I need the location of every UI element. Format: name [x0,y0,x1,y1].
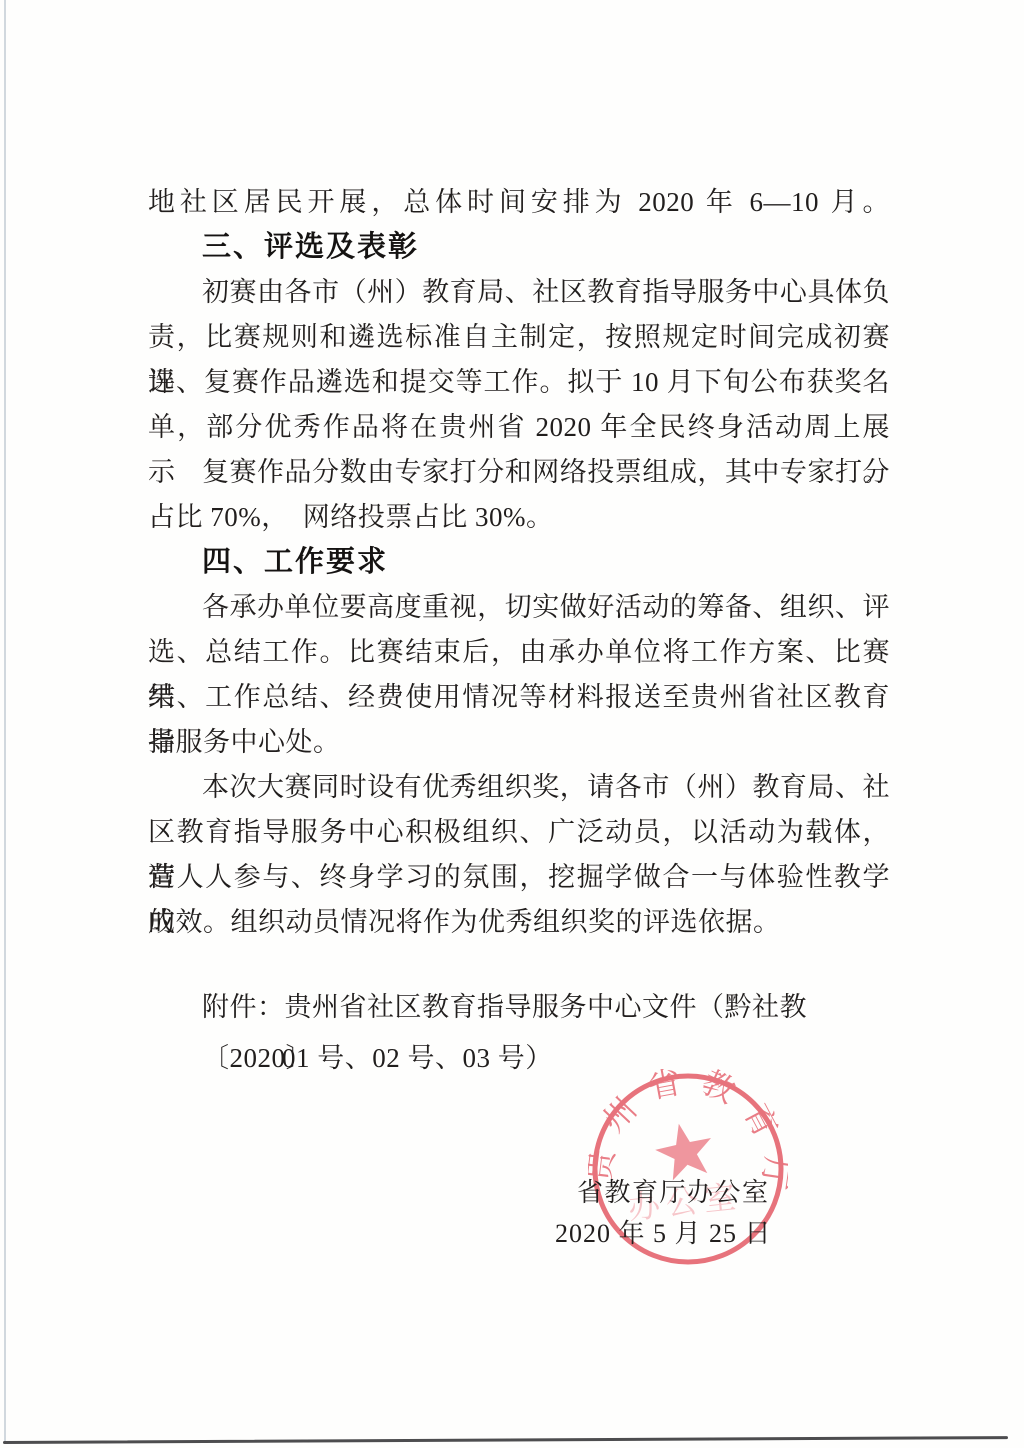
body-line: 占比 70%， 网络投票占比 30%。 [148,495,890,540]
attachment-line: 附件：贵州省社区教育指导服务中心文件（黔社教〔2020〕 [148,982,896,1033]
body-line: 选、总结工作。比赛结束后，由承办单位将工作方案、比赛结 [148,630,890,675]
section-heading-3: 三、评选及表彰 [148,225,890,270]
scan-edge-bottom [3,1436,1008,1444]
body-line: 各承办单位要高度重视，切实做好活动的筹备、组织、评 [148,585,890,630]
document-page: 地社区居民开展，总体时间安排为 2020 年 6—10 月。 三、评选及表彰 初… [0,0,1024,1448]
body-line: 导服务中心处。 [148,720,890,765]
signature-office: 省教育厅办公室 [577,1172,770,1209]
body-line: 复赛作品分数由专家打分和网络投票组成，其中专家打分 [148,450,890,495]
body-line: 责，比赛规则和遴选标准自主制定，按照规定时间完成初赛评 [148,315,890,360]
body-line: 区教育指导服务中心积极组织、广泛动员，以活动为载体，营 [148,810,890,855]
signature-date: 2020 年 5 月 25 日 [555,1213,772,1250]
body-line: 地社区居民开展，总体时间安排为 2020 年 6—10 月。 [148,180,890,225]
scan-edge-left [4,0,6,1444]
document-body: 地社区居民开展，总体时间安排为 2020 年 6—10 月。 三、评选及表彰 初… [148,180,890,945]
section-heading-4: 四、工作要求 [148,540,890,585]
body-line: 果、工作总结、经费使用情况等材料报送至贵州省社区教育指 [148,675,890,720]
body-line: 选、复赛作品遴选和提交等工作。拟于 10 月下旬公布获奖名 [148,360,890,405]
body-line: 单，部分优秀作品将在贵州省 2020 年全民终身活动周上展示。 [148,405,890,450]
body-line: 本次大赛同时设有优秀组织奖，请各市（州）教育局、社 [148,765,890,810]
body-line: 成效。组织动员情况将作为优秀组织奖的评选依据。 [148,900,890,945]
body-line: 初赛由各市（州）教育局、社区教育指导服务中心具体负 [148,270,890,315]
body-line: 造人人参与、终身学习的氛围，挖掘学做合一与体验性教学的 [148,855,890,900]
